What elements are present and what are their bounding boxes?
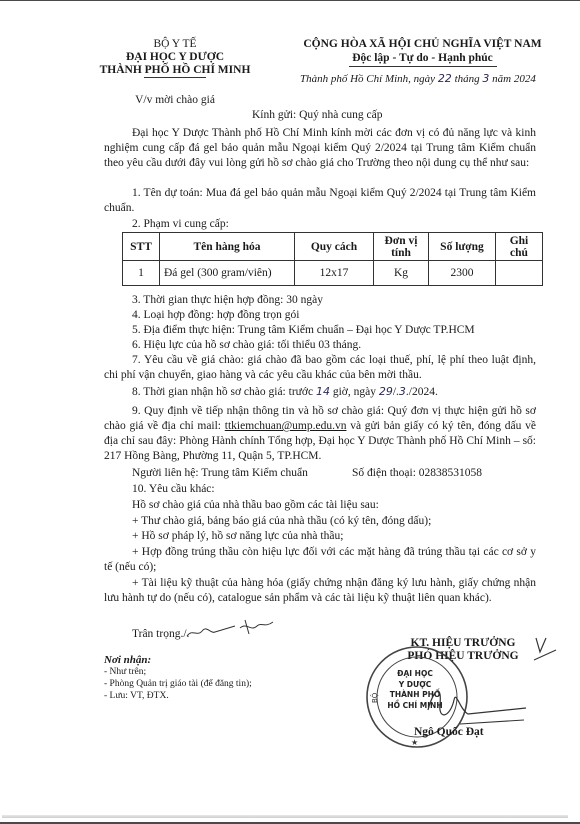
cell-item-name: Đá gel (300 gram/viên) bbox=[160, 261, 295, 286]
initial-mark-icon bbox=[530, 634, 560, 664]
header-left-underline bbox=[144, 77, 206, 78]
cell-quantity: 2300 bbox=[429, 261, 496, 286]
recipient-item: - Phòng Quản trị giáo tài (để đăng tin); bbox=[104, 678, 252, 690]
page-top-border bbox=[0, 0, 580, 1]
deadline-hour-handwritten: 14 bbox=[316, 385, 330, 398]
initials-signature-icon bbox=[185, 618, 275, 640]
item-3-duration: 3. Thời gian thực hiện hợp đồng: 30 ngày bbox=[132, 293, 323, 308]
col-header-unit: Đơn vị tính bbox=[374, 233, 429, 261]
docs-intro: Hồ sơ chào giá của nhà thầu bao gồm các … bbox=[132, 498, 379, 513]
stamp-line: ĐẠI HỌC bbox=[375, 669, 455, 680]
deadline-year: /2024. bbox=[409, 386, 438, 398]
letter-subject: V/v mời chào giá bbox=[95, 94, 255, 107]
items-table: STT Tên hàng hóa Quy cách Đơn vị tính Số… bbox=[122, 232, 543, 286]
col-header-note: Ghi chú bbox=[496, 233, 543, 261]
deadline-prefix: 8. Thời gian nhận hồ sơ chào giá: trước bbox=[132, 386, 313, 398]
doc-item-2: + Hồ sơ pháp lý, hồ sơ năng lực của nhà … bbox=[104, 529, 536, 544]
doc-item-3: + Hợp đồng trúng thầu còn hiệu lực đối v… bbox=[104, 545, 536, 575]
col-header-spec: Quy cách bbox=[295, 233, 374, 261]
item-1-estimate-name: 1. Tên dự toán: Mua đá gel bảo quản mẫu … bbox=[104, 186, 536, 216]
motto-underline bbox=[349, 66, 497, 67]
date-month-label: tháng bbox=[455, 73, 480, 85]
contact-email-link[interactable]: ttkiemchuan@ump.edu.vn bbox=[225, 420, 347, 432]
country-name: CỘNG HÒA XÃ HỘI CHỦ NGHĨA VIỆT NAM bbox=[285, 38, 560, 52]
cell-spec: 12x17 bbox=[295, 261, 374, 286]
date-year: năm 2024 bbox=[492, 73, 536, 85]
item-5-location: 5. Địa điểm thực hiện: Trung tâm Kiểm ch… bbox=[132, 323, 475, 338]
item-2-scope: 2. Phạm vi cung cấp: bbox=[132, 217, 229, 232]
col-header-item-name: Tên hàng hóa bbox=[160, 233, 295, 261]
item-8-deadline: 8. Thời gian nhận hồ sơ chào giá: trước … bbox=[132, 384, 438, 400]
place-date: Thành phố Hồ Chí Minh, ngày 22 tháng 3 n… bbox=[300, 72, 536, 85]
recipient-item: - Lưu: VT, ĐTX. bbox=[104, 690, 252, 702]
intro-paragraph: Đại học Y Dược Thành phố Hồ Chí Minh kín… bbox=[104, 126, 536, 171]
svg-text:★: ★ bbox=[411, 738, 418, 747]
doc-item-4: + Tài liệu kỹ thuật của hàng hóa (giấy c… bbox=[104, 576, 536, 606]
recipients-title: Nơi nhận: bbox=[104, 654, 252, 666]
university-name-line1: ĐẠI HỌC Y DƯỢC bbox=[95, 51, 255, 64]
handwritten-signature-icon bbox=[420, 680, 530, 730]
deadline-day-handwritten: 29 bbox=[379, 385, 393, 398]
recipient-item: - Như trên; bbox=[104, 666, 252, 678]
deadline-month-handwritten: 3 bbox=[399, 385, 406, 398]
signer-name: Ngô Quốc Đạt bbox=[414, 726, 484, 738]
item-7-price-requirements: 7. Yêu cầu về giá chào: giá chào đã bao … bbox=[104, 353, 536, 383]
table-header-row: STT Tên hàng hóa Quy cách Đơn vị tính Số… bbox=[123, 233, 543, 261]
recipients-block: Nơi nhận: - Như trên; - Phòng Quản trị g… bbox=[104, 654, 252, 702]
cell-unit: Kg bbox=[374, 261, 429, 286]
doc-item-1: + Thư chào giá, bảng báo giá của nhà thầ… bbox=[104, 514, 536, 529]
page-bottom-shadow bbox=[2, 815, 568, 818]
cell-stt: 1 bbox=[123, 261, 160, 286]
item-6-validity: 6. Hiệu lực của hồ sơ chào giá: tối thiể… bbox=[132, 338, 361, 353]
salutation: Kính gửi: Quý nhà cung cấp bbox=[252, 108, 382, 123]
closing-regards: Trân trọng./. bbox=[132, 627, 189, 642]
header-left: BỘ Y TẾ ĐẠI HỌC Y DƯỢC THÀNH PHỐ HỒ CHÍ … bbox=[95, 38, 255, 107]
header-right: CỘNG HÒA XÃ HỘI CHỦ NGHĨA VIỆT NAM Độc l… bbox=[285, 38, 560, 67]
date-day-handwritten: 22 bbox=[438, 72, 452, 85]
national-motto: Độc lập - Tự do - Hạnh phúc bbox=[285, 52, 560, 66]
contact-person: Người liên hệ: Trung tâm Kiểm chuẩn bbox=[132, 466, 308, 481]
table-row: 1 Đá gel (300 gram/viên) 12x17 Kg 2300 bbox=[123, 261, 543, 286]
col-header-quantity: Số lượng bbox=[429, 233, 496, 261]
item-9-submission-rules: 9. Quy định về tiếp nhận thông tin và hồ… bbox=[104, 404, 536, 464]
deadline-mid: giờ, ngày bbox=[333, 386, 376, 398]
item-10-other-requirements: 10. Yêu cầu khác: bbox=[132, 482, 215, 497]
date-month-handwritten: 3 bbox=[482, 72, 489, 85]
cell-note bbox=[496, 261, 543, 286]
item-4-contract-type: 4. Loại hợp đồng: hợp đồng trọn gói bbox=[132, 308, 299, 323]
col-header-stt: STT bbox=[123, 233, 160, 261]
contact-phone: Số điện thoại: 02838531058 bbox=[352, 466, 482, 481]
university-name-line2: THÀNH PHỐ HỒ CHÍ MINH bbox=[95, 64, 255, 77]
ministry-name: BỘ Y TẾ bbox=[95, 38, 255, 51]
date-prefix: Thành phố Hồ Chí Minh, ngày bbox=[300, 73, 435, 85]
